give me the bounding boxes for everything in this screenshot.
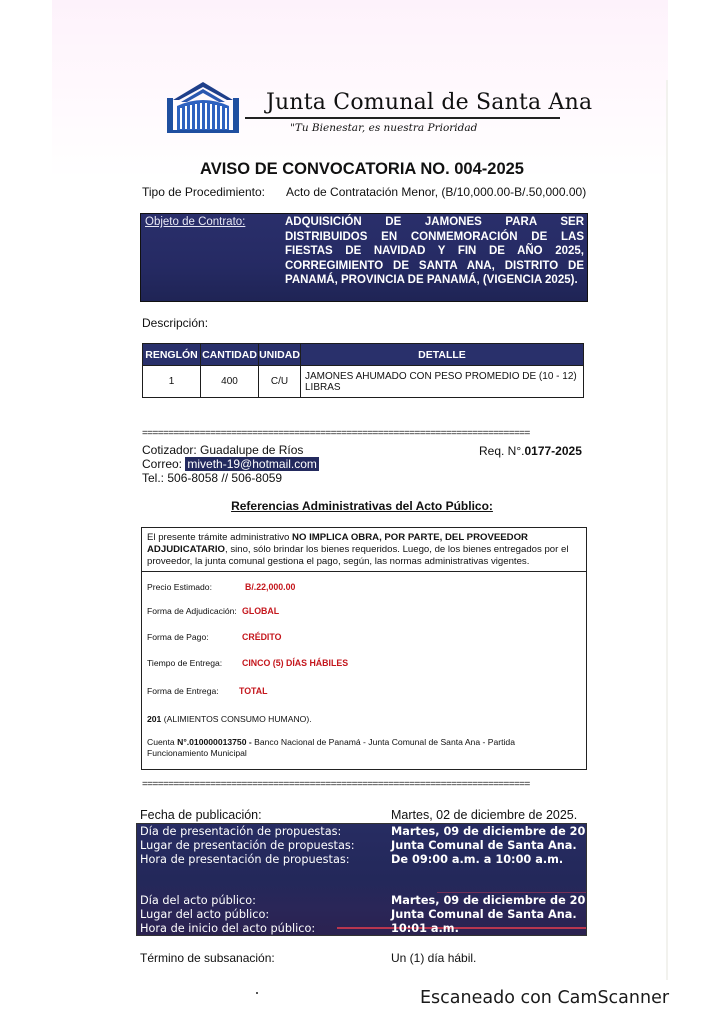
procedure-label: Tipo de Procedimiento: [142,185,265,199]
phone-numbers: Tel.: 506-8058 // 506-8059 [142,471,319,485]
col-detalle: DETALLE [301,344,584,366]
ref-value-precio: B/.22,000.00 [245,582,295,592]
schedule-label-dia-propuestas: Día de presentación de propuestas: [140,825,341,838]
page-edge [666,80,668,980]
items-table: RENGLÓN CANTIDAD UNIDAD DETALLE 1 400 C/… [142,343,584,398]
contract-object-text: ADQUISICIÓN DE JAMONES PARA SER DISTRIBU… [285,215,584,288]
col-unidad: UNIDAD [259,344,301,366]
cell-unidad: C/U [259,366,301,398]
ref-label-pago: Forma de Pago: [147,632,209,642]
table-row: 1 400 C/U JAMONES AHUMADO CON PESO PROME… [143,366,584,398]
schedule-value-hora-propuestas: De 09:00 a.m. a 10:00 a.m. [391,853,563,866]
schedule-label-dia-acto: Día del acto público: [140,894,256,907]
separator-line: ========================================… [142,428,586,439]
schedule-label-lugar-propuestas: Lugar de presentación de propuestas: [140,839,355,852]
schedule-value-hora-acto: 10:01 a.m. [391,922,459,935]
ref-value-adjudicacion: GLOBAL [242,606,279,616]
ref-value-entrega: TOTAL [239,686,268,696]
contract-object-label: Objeto de Contrato: [145,216,245,228]
col-cantidad: CANTIDAD [201,344,259,366]
schedule-value-lugar-propuestas: Junta Comunal de Santa Ana. [391,839,577,852]
schedule-value-dia-acto: Martes, 09 de diciembre de 2025. [391,894,587,907]
cell-detalle: JAMONES AHUMADO CON PESO PROMEDIO DE (10… [301,366,584,398]
scan-artifact [437,892,587,893]
email-row: Correo: miveth-19@hotmail.com [142,457,319,471]
ref-label-entrega: Forma de Entrega: [147,686,219,696]
procedure-value: Acto de Contratación Menor, (B/10,000.00… [286,185,586,199]
table-header-row: RENGLÓN CANTIDAD UNIDAD DETALLE [143,344,584,366]
notice-title: AVISO DE CONVOCATORIA NO. 004-2025 [0,160,724,179]
requisition-number: Req. N°.0177-2025 [479,444,582,458]
ref-value-pago: CRÉDITO [242,632,281,642]
scan-artifact-2 [337,927,587,929]
email-link[interactable]: miveth-19@hotmail.com [185,457,319,471]
references-box: El presente trámite administrativo NO IM… [141,527,587,770]
subsanacion-label: Término de subsanación: [140,951,275,965]
partida-code: 201 [147,714,161,724]
description-label: Descripción: [142,316,208,330]
references-title: Referencias Administrativas del Acto Púb… [0,499,724,513]
publication-value: Martes, 02 de diciembre de 2025. [391,808,577,822]
quoter-name: Cotizador: Guadalupe de Ríos [142,443,319,457]
org-name: Junta Comunal de Santa Ana [266,90,592,115]
cell-cantidad: 400 [201,366,259,398]
schedule-value-lugar-acto: Junta Comunal de Santa Ana. [391,908,577,921]
schedule-label-lugar-acto: Lugar del acto público: [140,908,269,921]
references-intro: El presente trámite administrativo NO IM… [142,528,586,572]
schedule-value-dia-propuestas: Martes, 09 de diciembre de 2025. [391,825,587,838]
partida-text: (ALIMIENTOS CONSUMO HUMANO). [161,714,311,724]
email-label: Correo: [142,457,182,471]
subsanacion-value: Un (1) día hábil. [391,951,476,965]
schedule-label-hora-acto: Hora de inicio del acto público: [140,922,315,935]
schedule-label-hora-propuestas: Hora de presentación de propuestas: [140,853,350,866]
cuenta-prefix: Cuenta [147,737,177,747]
publication-label: Fecha de publicación: [140,808,262,822]
separator-line-2: ========================================… [142,779,586,790]
ref-label-adjudicacion: Forma de Adjudicación: [147,606,237,616]
contact-block: Cotizador: Guadalupe de Ríos Correo: miv… [142,443,319,485]
building-icon [163,80,243,135]
header-rule [245,117,560,119]
org-slogan: "Tu Bienestar, es nuestra Prioridad [290,122,477,134]
scan-dot [256,992,258,994]
budget-line: 201 (ALIMIENTOS CONSUMO HUMANO). [147,714,312,724]
bank-account: Cuenta N°.010000013750 - Banco Nacional … [147,737,577,759]
col-renglon: RENGLÓN [143,344,201,366]
ref-label-tiempo: Tiempo de Entrega: [147,658,222,668]
ref-value-tiempo: CINCO (5) DÍAS HÁBILES [242,658,348,668]
schedule-box: Día de presentación de propuestas: Marte… [136,823,587,936]
camscanner-watermark: Escaneado con CamScanner [420,988,669,1008]
contract-object-box: Objeto de Contrato: ADQUISICIÓN DE JAMON… [140,213,588,302]
ref-label-precio: Precio Estimado: [147,582,212,592]
intro-text: El presente trámite administrativo [147,532,292,543]
req-label: Req. N°. [479,444,524,458]
cell-renglon: 1 [143,366,201,398]
cuenta-number: N°.010000013750 - [177,737,252,747]
req-value: 0177-2025 [524,444,581,458]
